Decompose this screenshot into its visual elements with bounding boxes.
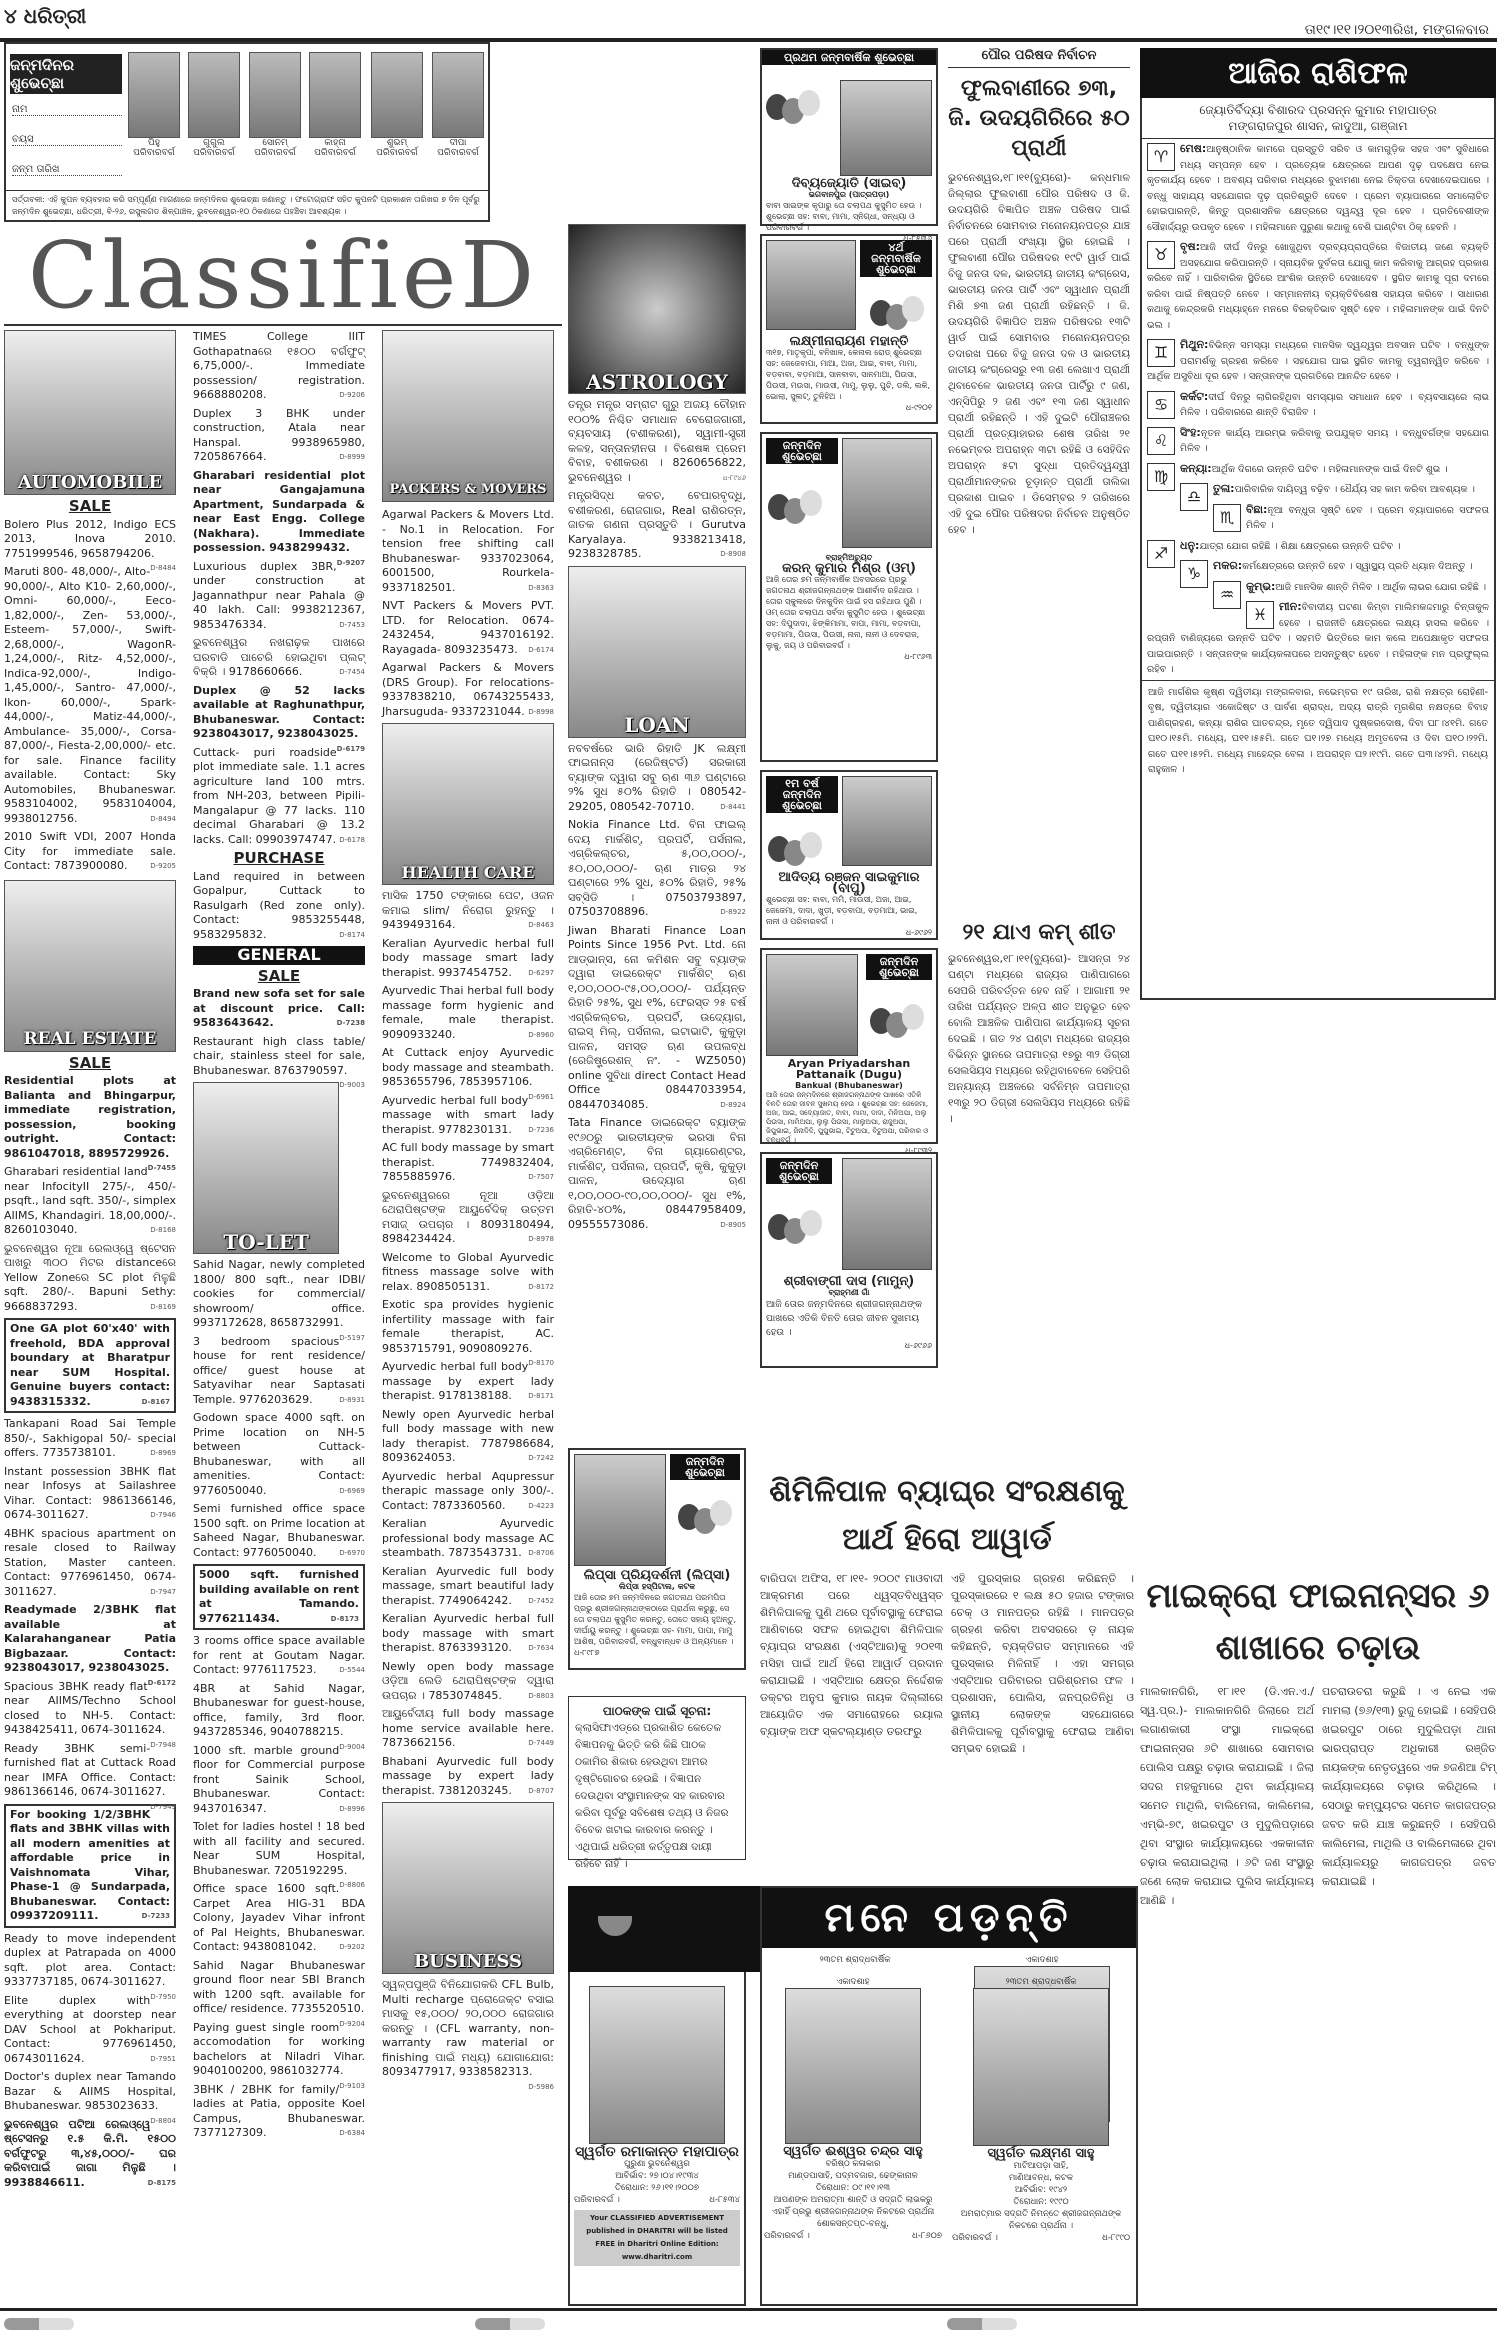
obituary-card: ୨୩ତମ ଶ୍ରାଦ୍ଧବାର୍ଷିକ (762, 1954, 948, 1966)
ad-item: ତନ୍ତ୍ର ମନ୍ତ୍ର ସମ୍ରାଟ ଗୁରୁ ଅଜୟ ଚୌହାନ ୧୦୦%… (568, 398, 746, 485)
virgo-icon: ♍ (1147, 463, 1175, 491)
health-care-banner: HEALTH CARE (382, 723, 554, 885)
twins-icon: ♊ (1147, 339, 1175, 367)
birthday-wish-card: ପ୍ରଥମ ଜନ୍ମବାର୍ଷିକ ଶୁଭେଚ୍ଛା ଦିବ୍ୟଜ୍ୟୋତି (… (760, 48, 938, 226)
news-cold: ୨୧ ଯାଏ କମ୍ ଶୀତ ଭୁବନେଶ୍ୱର,୧୮।୧୧(ବ୍ୟୁରୋ)- … (948, 920, 1130, 1127)
ad-item: Instant possession 3BHK flat near Infosy… (4, 1465, 176, 1523)
kid-photo (432, 52, 484, 138)
ad-item: At Cuttack enjoy Ayurvedic body massage … (382, 1046, 554, 1090)
horoscope-title: ଆଜିର ରାଶିଫଳ (1140, 48, 1496, 98)
goat-icon: ♑ (1180, 560, 1208, 588)
kid-card: ଗୁଗୁଲପରିବାରବର୍ଗ (188, 52, 240, 158)
ad-item: 3 rooms office space available for rent … (193, 1634, 365, 1678)
ad-item: 2010 Swift VDI, 2007 Honda City for imme… (4, 830, 176, 874)
ad-item: Ayurvedic herbal Aqupressur therapic mas… (382, 1470, 554, 1514)
ad-item: ମନ୍ତ୍ରସିଦ୍ଧ କବଚ, ବେପାରବୃଦ୍ଧି, ବଶୀକରଣ, ରୋ… (568, 489, 746, 562)
horoscope-sign: ♈ମେଷ:ଆନୁଷ୍ଠାନିକ କାମରେ ପ୍ରସ୍ତୁତି ସରିବ ଓ କ… (1142, 139, 1494, 237)
horoscope-sign: ♓ମୀନ:ବିବାଦୀୟ ଘଟଣା କିମ୍ବା ମାଲିମକଦ୍ଦମାରୁ ଚ… (1142, 597, 1494, 680)
obituary-title: ମନେ ପଡ଼ନ୍ତି (762, 1888, 1136, 1948)
issue-date: ତା୧୯।୧୧।୨୦୧୩ରିଖ, ମଙ୍ଗଳବାର (1305, 22, 1489, 38)
ad-item: Sahid Nagar, newly completed 1800/ 800 s… (193, 1258, 365, 1331)
ad-item: Ready to move independent duplex at Patr… (4, 1932, 176, 1990)
kid-photo (309, 52, 361, 138)
ad-item: 1000 sft. marble ground floor for Commer… (193, 1744, 365, 1817)
ad-item: Godown space 4000 sqft. on Prime locatio… (193, 1411, 365, 1498)
archer-icon: ♐ (1147, 540, 1175, 568)
ad-item: ଆୟୁର୍ବେଦୀୟ full body massage home servic… (382, 1707, 554, 1751)
ad-item: ଭୁବନେଶ୍ୱର ନଖରାଢ଼କ ପାଖରେ ଘରବାଡି ପାଚେରି ହୋ… (193, 636, 365, 680)
pitcher-icon: ♒ (1213, 581, 1241, 609)
news-microfinance: ମାଇକ୍ରୋ ଫାଇନାନ୍ସର ୬ ଶାଖାରେ ଚଢ଼ାଉ ମାଲକାନଗ… (1140, 1570, 1496, 1910)
ad-item: 3 bedroom spacious house for rent reside… (193, 1335, 365, 1408)
ad-item: Office space 1600 sqft. Carpet Area HIG-… (193, 1882, 365, 1955)
dob-field: ଜନ୍ମ ତାରିଖ (12, 164, 122, 176)
classified-logo: ClassifieD (4, 226, 562, 326)
ad-item: TIMES College IIIT Gothapatnaରେ ୧୫୦୦ ବର୍… (193, 330, 365, 403)
coupon-terms: ସର୍ତ୍ତାବଳୀ: ଏହି କୁପନ ବ୍ୟବହାର କରି ସମ୍ପୂର୍… (6, 190, 488, 220)
automobile-banner: AUTOMOBILE (4, 330, 176, 495)
balloons-icon (870, 1004, 930, 1048)
ad-item: Ready 3BHK semi-furnished flat at Cuttac… (4, 1742, 176, 1800)
ad-item: Restaurant high class table/ chair, stai… (193, 1035, 365, 1079)
horoscope-sign: ♍କନ୍ୟା:ଆର୍ଥିକ ଦିଗରେ ଉନ୍ନତି ଘଟିବ । ମହିଳାମ… (1142, 459, 1494, 480)
balloons-icon (768, 490, 828, 534)
child-photo (842, 776, 932, 866)
kid-card: ଶୁଭମ୍ପରିବାରବର୍ଗ (371, 52, 423, 158)
ad-item: ନବବର୍ଷରେ ଭାରି ରିହାତି JK ଲକ୍ଷ୍ମୀ ଫାଇନାନ୍ସ… (568, 742, 746, 815)
ad-item: Ayurvedic herbal full body massage by ex… (382, 1360, 554, 1404)
crab-icon: ♋ (1147, 391, 1175, 419)
kid-photo (188, 52, 240, 138)
ad-item: Tolet for ladies hostel ! 18 bed with al… (193, 1820, 365, 1878)
portrait-photo (785, 1988, 921, 2144)
child-photo (840, 80, 932, 176)
portrait-photo (973, 1988, 1109, 2146)
ad-item-framed: 5000 sqft. furnished building available … (193, 1564, 365, 1630)
ad-item: Exotic spa provides hygienic infertility… (382, 1298, 554, 1356)
packers-banner: PACKERS & MOVERS (382, 330, 554, 502)
ad-item: ଭୁବନେଶ୍ୱର ନୂଆ ରେଲଓ୍ୱେ ଷ୍ଟେସନ ପାଖରୁ ୩୦୦ ମ… (4, 1242, 176, 1315)
column-astrology-loan: ASTROLOGY ତନ୍ତ୍ର ମନ୍ତ୍ର ସମ୍ରାଟ ଗୁରୁ ଅଜୟ … (568, 224, 746, 1236)
ad-item: AC full body massage by smart therapist.… (382, 1141, 554, 1185)
birthday-wish-card: ଜନ୍ମଦିନ ଶୁଭେଚ୍ଛା ଶ୍ରୀବାଙ୍ଗୀ ଦାସ (ମାମୁନ୍)… (760, 1152, 938, 1368)
column-sale-general-tolet: TIMES College IIIT Gothapatnaରେ ୧୫୦୦ ବର୍… (193, 330, 365, 2145)
kid-photo (371, 52, 423, 138)
fish-icon: ♓ (1246, 601, 1274, 629)
ad-item: Residential plots at Balianta and Bhinga… (4, 1074, 176, 1161)
page-tab-indicator (947, 2318, 1017, 2330)
horoscope-sign: ♐ଧନୁ:ଯାତ୍ରା ଯୋଗ ରହିଛି । ଶିକ୍ଷା କ୍ଷେତ୍ରରେ… (1142, 536, 1494, 557)
almanac-panjika: ଆଜି ମାର୍ଗଶିର କୃଷ୍ଣ ଦ୍ୱିତୀୟା ମଙ୍ଗଳବାର, ନଭ… (1142, 680, 1494, 782)
lamp-banner (568, 1886, 760, 1972)
kid-photo (128, 52, 180, 138)
name-field: ନାମ (12, 104, 122, 116)
reader-notice: ପାଠକଙ୍କ ପାଇଁ ସୂଚନା: କ୍ଲାସିଫାଏଡ୍‌ରେ ପ୍ରକା… (568, 1696, 746, 1860)
ad-item: Brand new sofa set for sale at discount … (193, 987, 365, 1031)
balloons-icon (766, 90, 826, 134)
ad-item: Luxurious duplex 3BR, under construction… (193, 560, 365, 633)
child-photo (842, 438, 932, 548)
horoscope-sign: ♋କର୍କଟ:ଦୀର୍ଘ ଦିନରୁ ଲାଗିରହିଥିବା ସମସ୍ୟାର ସ… (1142, 387, 1494, 423)
ad-item: 4BHK spacious apartment on resale closed… (4, 1527, 176, 1600)
balloons-icon (678, 1500, 738, 1544)
ad-item: Tata Finance ଡାଇରେକ୍ଟ ବ୍ୟାଙ୍କ ୧୯୬୦ରୁ ଭାର… (568, 1116, 746, 1232)
obituary-card: ଏକାଦଶାହ ସ୍ୱର୍ଗତ ଈଶ୍ୱର ଚନ୍ଦ୍ର ସାହୁ ବରିଷ୍ଠ… (760, 1972, 946, 2246)
ad-item: ଭୁବନେଶ୍ୱର ପଟିଆ ରେଲଓ୍ୱେ ଷ୍ଟେସନରୁ ୧.୫ କି.ମ… (4, 2118, 176, 2191)
age-field: ବୟସ (12, 134, 122, 146)
ad-item: Paying guest single room accomodation fo… (193, 2021, 365, 2079)
section-sale: SALE (4, 1056, 176, 1071)
ad-item: Bhabani Ayurvedic full body massage by e… (382, 1755, 554, 1799)
ad-item: Cuttack- puri roadside plot immediate sa… (193, 746, 365, 848)
column-packers-health-business: PACKERS & MOVERS Agarwal Packers & Mover… (382, 330, 554, 2094)
horoscope-sign: ♌ସିଂହ:ନୂତନ କାର୍ଯ୍ୟ ଆରମ୍ଭ କରିବାକୁ ଉପଯୁକ୍ତ… (1142, 423, 1494, 459)
news-simlipal: ଶିମିଳିପାଳ ବ୍ୟାଘ୍ର ସଂରକ୍ଷଣକୁ ଆର୍ଥ ହିରୋ ଆୱ… (760, 1468, 1134, 1757)
scales-icon: ♎ (1180, 483, 1208, 511)
birthday-coupon-title: ଜନ୍ମଦିନର ଶୁଭେଚ୍ଛା (10, 54, 122, 94)
section-sale: SALE (193, 969, 365, 984)
real-estate-banner: REAL ESTATE (4, 880, 176, 1052)
ad-item: Duplex 3 BHK under construction, Atala n… (193, 407, 365, 465)
horoscope-box: ଜ୍ୟୋତିର୍ବିଦ୍ୟା ବିଶାରଦ ପ୍ରସନ୍ନ କୁମାର ମହାପ… (1140, 98, 1496, 1000)
lion-icon: ♌ (1147, 427, 1175, 455)
balloons-icon (768, 1210, 828, 1254)
horoscope-sign: ♑ମକର:କର୍ମକ୍ଷେତ୍ରରେ ଉନ୍ନତି ହେବ । ସ୍ୱାସ୍ଥ୍… (1142, 556, 1494, 577)
ad-item: 4BR at Sahid Nagar, Bhubaneswar for gues… (193, 1682, 365, 1740)
scorpion-icon: ♏ (1213, 504, 1241, 532)
ad-item-framed: For booking 1/2/3BHK flats and 3BHK vill… (4, 1804, 176, 1928)
birthday-wish-card: ୧ମ ବର୍ଷ ଜନ୍ମଦିନ ଶୁଭେଚ୍ଛା ଆଦିତ୍ୟ ରଞ୍ଜନ ସା… (760, 770, 938, 940)
kid-card: କାହ୍ନାପରିବାରବର୍ଗ (309, 52, 361, 158)
bottom-rule (0, 2308, 1497, 2311)
kid-photo (249, 52, 301, 138)
to-let-banner: TO-LET (193, 1082, 339, 1254)
ad-item: ଭୁବନେଶ୍ୱରରେ ନୂଆ ଓଡ଼ିଆ ଥେରାପିଷ୍ଟଙ୍କ ଆୟୁର୍… (382, 1189, 554, 1247)
loan-banner: LOAN (568, 566, 746, 738)
ad-item-framed: One GA plot 60'x40' with freehold, BDA a… (4, 1318, 176, 1413)
birthday-wish-card: ଜନ୍ମଦିନ ଶୁଭେଚ୍ଛା ଲିପ୍‌ସା ପ୍ରିୟଦର୍ଶନୀ (ଲି… (568, 1448, 746, 1670)
astrology-banner: ASTROLOGY (568, 224, 746, 394)
page-tab-indicator (475, 2318, 545, 2330)
oil-lamp-icon (598, 1916, 632, 1936)
ad-item: Agarwal Packers & Movers (DRS Group). Fo… (382, 661, 554, 719)
page-tab-indicator (4, 2318, 74, 2330)
business-banner: BUSINESS (382, 1802, 554, 1974)
page-label: ୪ ଧରିତ୍ରୀ (4, 4, 86, 28)
ad-item: Gharabari residential plot near Gangajam… (193, 469, 365, 556)
column-automobile-realestate: AUTOMOBILE SALE Bolero Plus 2012, Indigo… (4, 330, 176, 2194)
child-photo (766, 954, 858, 1056)
ad-item: Ayurvedic Thai herbal full body massage … (382, 984, 554, 1042)
birthday-wish-card: ଜନ୍ମଦିନ ଶୁଭେଚ୍ଛା Aryan Priyadarshan Patt… (760, 948, 938, 1144)
ad-item: ମାସିକ 1750 ଟଙ୍କାରେ ପେଟ, ଓଜନ କମାଇ slim/ ନ… (382, 889, 554, 933)
ad-item: Newly open body massage ଓଡ଼ିଆ ଲେଡି ଥେରାପ… (382, 1660, 554, 1704)
ram-icon: ♈ (1147, 143, 1175, 171)
ad-item: Nokia Finance Ltd. ବିନା ଫାଇଲ୍ ଦେୟ ମାର୍କଶ… (568, 818, 746, 920)
ad-item: 3BHK / 2BHK for family/ ladies at Patia,… (193, 2083, 365, 2141)
child-photo (766, 240, 856, 330)
astrologer-credit: ଜ୍ୟୋତିର୍ବିଦ୍ୟା ବିଶାରଦ ପ୍ରସନ୍ନ କୁମାର ମହାପ… (1142, 98, 1494, 139)
ad-item: ସ୍ୱଳ୍ପପୁଞ୍ଜି ବିନିଯୋଗକରି CFL Bulb, Multi … (382, 1978, 554, 2080)
section-purchase: PURCHASE (193, 851, 365, 866)
kid-card: ସୋନମ୍ପରିବାରବର୍ଗ (249, 52, 301, 158)
ad-item: Doctor's duplex near Tamando Bazar & AII… (4, 2070, 176, 2114)
birthday-coupon: ଜନ୍ମଦିନର ଶୁଭେଚ୍ଛା ନାମ ବୟସ ଜନ୍ମ ତାରିଖ ପିହ… (4, 42, 490, 222)
ad-item: Sahid Nagar Bhubaneswar ground floor nea… (193, 1959, 365, 2017)
section-sale: SALE (4, 499, 176, 514)
child-photo (574, 1454, 666, 1566)
obituary-card: ୨୩ତମ ଶ୍ରାଦ୍ଧବାର୍ଷିକ ସ୍ୱର୍ଗତ ଲକ୍ଷ୍ମଣ ସାହୁ… (948, 1972, 1134, 2248)
birthday-wish-card: ଜନ୍ମଦିନ ଶୁଭେଚ୍ଛା ବ୍ରାହ୍ମିଅଚ୍ୟୁତ କରନ୍ କୁମ… (760, 432, 938, 762)
horoscope-sign: ♊ମିଥୁନ:ବିଭିନ୍ନ ସମସ୍ୟା ମଧ୍ୟରେ ମାନସିକ ଦ୍ୱନ… (1142, 335, 1494, 387)
child-photo (842, 1158, 932, 1270)
ad-item: Welcome to Global Ayurvedic fitness mass… (382, 1251, 554, 1295)
ad-item: Semi furnished office space 1500 sqft. o… (193, 1502, 365, 1560)
ad-item: Gharabari residential land near Infocity… (4, 1165, 176, 1238)
portrait-photo (589, 1986, 725, 2144)
kid-card: ପିହୁପରିବାରବର୍ଗ (128, 52, 180, 158)
bull-icon: ♉ (1147, 241, 1175, 269)
kid-card: ଦୀପାପରିବାରବର୍ଗ (432, 52, 484, 158)
ad-item: Elite duplex with everything at doorstep… (4, 1994, 176, 2067)
ad-item: Keralian Ayurvedic herbal full body mass… (382, 1612, 554, 1656)
ad-item: Newly open Ayurvedic herbal full body ma… (382, 1408, 554, 1466)
horoscope-sign: ♎ତୁଳା:ପାରିବାରିକ ଦାୟିତ୍ୱ ବଢ଼ିବ । ଧୈର୍ଯ୍ୟ … (1142, 479, 1494, 500)
ad-item: Keralian Ayurvedic professional body mas… (382, 1517, 554, 1561)
news-election: ପୌର ପରିଷଦ ନିର୍ବାଚନ ଫୁଲବାଣୀରେ ୭୩, ଜି. ଉଦୟ… (948, 48, 1130, 538)
section-general: GENERAL (193, 946, 365, 965)
ad-item: Bolero Plus 2012, Indigo ECS 2013, Inova… (4, 518, 176, 562)
horoscope-sign: ♉ବୃଷ:ଆଜି ଦୀର୍ଘ ଦିନରୁ ଖୋଜୁଥିବା ଦ୍ରବ୍ୟପ୍ରା… (1142, 237, 1494, 335)
ad-item: Land required in between Gopalpur, Cutta… (193, 870, 365, 943)
ad-item: Keralian Ayurvedic herbal full body mass… (382, 937, 554, 981)
ad-item: Readymade 2/3BHK flat available at Kalar… (4, 1603, 176, 1676)
online-edition-promo: Your CLASSIFIED ADVERTISEMENT published … (574, 2210, 740, 2266)
ad-item: Maruti 800- 48,000/-, Alto-90,000/-, Alt… (4, 565, 176, 826)
birthday-wish-card: ୪ର୍ଥ ଜନ୍ମବାର୍ଷିକ ଶୁଭେଚ୍ଛା ଲକ୍ଷ୍ମୀନାରାୟଣ … (760, 234, 938, 424)
obituary-card: ସ୍ୱର୍ଗତ ରମାକାନ୍ତ ମହାପାତ୍ର ପୁରୁଣା ଭୁବନେଶ୍… (568, 1972, 746, 2306)
ad-item: Keralian Ayurvedic full body massage, sm… (382, 1565, 554, 1609)
ad-item: Duplex @ 52 lacks available at Raghunath… (193, 684, 365, 742)
ad-item: Ayurvedic herbal full body massage with … (382, 1094, 554, 1138)
ad-item: Jiwan Bharati Finance Loan Points Since … (568, 924, 746, 1113)
ad-item: NVT Packers & Movers PVT. LTD. for Reloc… (382, 599, 554, 657)
ad-item: Agarwal Packers & Movers Ltd. - No.1 in … (382, 508, 554, 595)
ad-item: Tankapani Road Sai Temple 850/-, Sakhigo… (4, 1417, 176, 1461)
